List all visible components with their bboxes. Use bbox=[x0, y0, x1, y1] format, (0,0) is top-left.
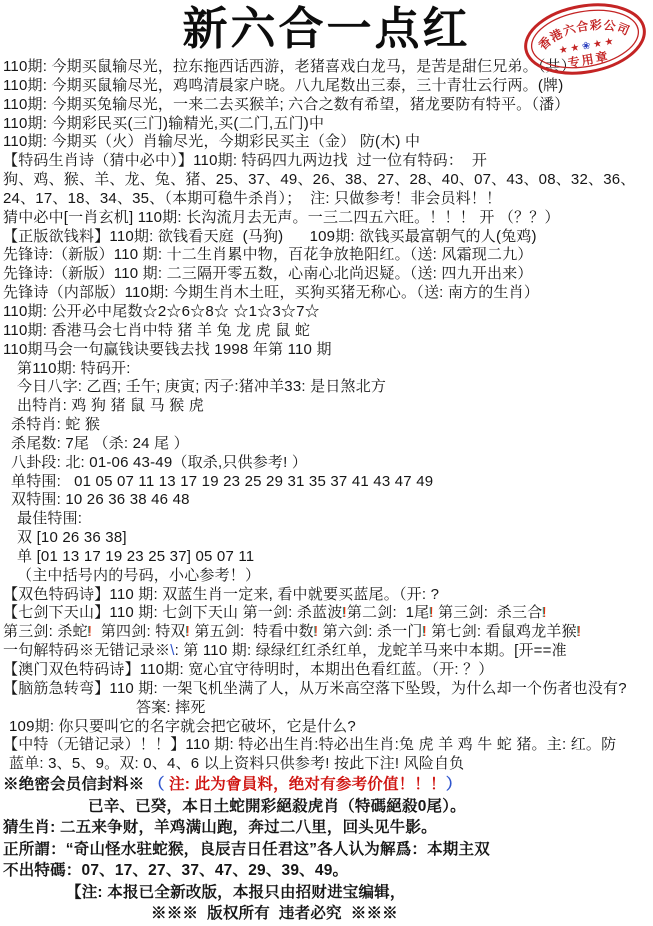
text-segment: 已辛、已癸，本日土蛇開彩絕殺虎肖（特碼絕殺0尾）。 bbox=[88, 798, 466, 815]
text-line: 110期: 今期彩民买(三门)输精光,买(二门,五门)中 bbox=[3, 115, 653, 134]
text-segment: 110期马会一句赢钱诀要钱去找 1998 年第 110 期 bbox=[3, 341, 332, 358]
text-segment: 正所謂：“奇山怪水驻蛇猴，良辰吉日任君这”各人认为解爲：本期主双 bbox=[3, 841, 490, 858]
text-segment: 狗、鸡、猴、羊、龙、兔、猪、25、37、49、26、38、27、28、40、07… bbox=[3, 171, 636, 188]
text-segment: 110期: 香港马会七肖中特 猪 羊 兔 龙 虎 鼠 蛇 bbox=[3, 322, 310, 339]
text-segment: （ bbox=[149, 776, 169, 793]
text-segment: ! bbox=[542, 604, 546, 621]
text-line: 一句解特码※无错记录※\: 第 110 期: 绿绿红红杀红单，龙蛇羊马来中本期。… bbox=[3, 642, 653, 661]
text-line: 先锋诗:（新版）110 期: 二三隔开零五数，心南心北尚迟疑。（送: 四九开出来… bbox=[3, 265, 653, 284]
text-segment: 109期: 你只要叫它的名字就会把它破坏，它是什么? bbox=[9, 718, 356, 735]
text-segment: 第四剑: 特双 bbox=[92, 623, 185, 640]
text-segment: 110期: 公开必中尾数☆2☆6☆8☆ ☆1☆3☆7☆ bbox=[3, 303, 320, 320]
text-segment: 先锋诗:（新版）110 期: 二三隔开零五数，心南心北尚迟疑。（送: 四九开出来… bbox=[3, 265, 533, 282]
text-line: （主中括号内的号码，小心参考！） bbox=[17, 567, 653, 586]
text-line: 110期: 香港马会七肖中特 猪 羊 兔 龙 虎 鼠 蛇 bbox=[3, 322, 653, 341]
text-segment: 单 [01 13 17 19 23 25 37] 05 07 11 bbox=[17, 548, 254, 565]
text-segment: 出特肖: 鸡 狗 猪 鼠 马 猴 虎 bbox=[17, 397, 204, 414]
text-line: 110期: 公开必中尾数☆2☆6☆8☆ ☆1☆3☆7☆ bbox=[3, 303, 653, 322]
text-segment: 【注: 本报已全新改版，本报只由招财进宝编辑， bbox=[66, 884, 406, 901]
text-line: 【双色特码诗】110 期: 双蓝生肖一定来, 看中就要买蓝尾。（开: ? bbox=[3, 586, 653, 605]
text-line: 答案: 摔死 bbox=[136, 699, 653, 718]
text-segment: 【脑筋急转弯】110 期: 一架飞机坐满了人，从万米高空落下坠毁，为什么却一个伤… bbox=[3, 680, 627, 697]
text-segment: 双特围: 10 26 36 38 46 48 bbox=[11, 491, 190, 508]
text-segment: 110期: 今期买鼠输尽光，拉东拖西话西游，老猪喜戏白龙马，是苦是甜仨兄弟。（共… bbox=[3, 58, 576, 75]
text-line: 24、17、18、34、35、（本期可稳牛杀肖）； 注: 只做参考！非会员料！！ bbox=[3, 190, 653, 209]
text-segment: 【澳门双色特码诗】110期: 宽心宜守待明时，本期出色看红蓝。（开: ？） bbox=[3, 661, 494, 678]
text-line: 单特围: 01 05 07 11 13 17 19 23 25 29 31 35… bbox=[11, 473, 653, 492]
text-segment: 先锋诗（内部版）110期: 今期生肖木土旺，买狗买猪无称心。（送: 南方的生肖） bbox=[3, 284, 539, 301]
text-segment: 第五剑: 特看中数 bbox=[190, 623, 314, 640]
text-line: 最佳特围: bbox=[17, 510, 653, 529]
text-line: 109期: 你只要叫它的名字就会把它破坏，它是什么? bbox=[9, 718, 653, 737]
text-line: 双特围: 10 26 36 38 46 48 bbox=[11, 491, 653, 510]
text-line: 猜中必中[一肖玄机] 110期: 长沟流月去无声。一三二四五六旺。！！！ 开 （… bbox=[3, 209, 653, 228]
text-segment: 杀尾数: 7尾 （杀: 24 尾 ） bbox=[11, 435, 189, 452]
text-segment: 【正版欲钱料】110期: 欲钱看天庭 (马狗) 109期: 欲钱买最富朝气的人(… bbox=[3, 228, 537, 245]
text-segment: ※绝密会员信封料※ bbox=[3, 776, 149, 793]
text-line: 正所謂：“奇山怪水驻蛇猴，良辰吉日任君这”各人认为解爲：本期主双 bbox=[3, 839, 653, 861]
text-line: 110期: 今期买兔输尽光，一来二去买猴羊; 六合之数有希望，猪龙要防有特平。（… bbox=[3, 96, 653, 115]
text-line: 【特码生肖诗（猜中必中）】110期: 特码四九两边找 过一位有特码： 开 bbox=[3, 152, 653, 171]
text-segment: 【七剑下天山】110 期: 七剑下天山 第一剑: 杀蓝波 bbox=[3, 604, 343, 621]
text-segment: 第二剑: 1尾 bbox=[347, 604, 429, 621]
text-line: 出特肖: 鸡 狗 猪 鼠 马 猴 虎 bbox=[17, 397, 653, 416]
text-line: 【脑筋急转弯】110 期: 一架飞机坐满了人，从万米高空落下坠毁，为什么却一个伤… bbox=[3, 680, 653, 699]
text-segment: 第三剑: 杀三合 bbox=[434, 604, 543, 621]
text-line: 【正版欲钱料】110期: 欲钱看天庭 (马狗) 109期: 欲钱买最富朝气的人(… bbox=[3, 228, 653, 247]
text-line: ※※※ 版权所有 违者必究 ※※※ bbox=[151, 903, 653, 925]
text-segment: 第110期: 特码开: bbox=[17, 360, 131, 377]
text-segment: 蓝单: 3、5、9。双: 0、4、6 以上资料只供参考! 按此下注! 风险自负 bbox=[9, 755, 464, 772]
text-segment: 不出特碼：07、17、27、37、47、29、39、49。 bbox=[3, 862, 348, 879]
text-segment: ! bbox=[577, 623, 581, 640]
text-segment: 110期: 今期买兔输尽光，一来二去买猴羊; 六合之数有希望，猪龙要防有特平。（… bbox=[3, 96, 570, 113]
text-segment: 猜中必中[一肖玄机] 110期: 长沟流月去无声。一三二四五六旺。！！！ 开 （… bbox=[3, 209, 560, 226]
text-segment: 杀特肖: 蛇 猴 bbox=[11, 416, 100, 433]
text-segment: 最佳特围: bbox=[17, 510, 82, 527]
report-body: 110期: 今期买鼠输尽光，拉东拖西话西游，老猪喜戏白龙马，是苦是甜仨兄弟。（共… bbox=[0, 56, 653, 925]
text-line: 【澳门双色特码诗】110期: 宽心宜守待明时，本期出色看红蓝。（开: ？） bbox=[3, 661, 653, 680]
text-line: ※绝密会员信封料※ （ 注: 此为會員料，绝对有参考价值！！！） bbox=[3, 774, 653, 796]
text-line: 八卦段: 北: 01-06 43-49（取杀,只供参考! ） bbox=[11, 454, 653, 473]
text-segment: 【特码生肖诗（猜中必中）】110期: 特码四九两边找 过一位有特码： 开 bbox=[3, 152, 487, 169]
text-segment: 第七剑: 看鼠鸡龙羊猴 bbox=[427, 623, 577, 640]
text-line: 今日八字: 乙酉; 壬午; 庚寅; 丙子:猪冲羊33: 是日煞北方 bbox=[17, 378, 653, 397]
text-segment: 猜生肖: 二五来争财，羊鸡满山跑，奔过二八里，回头见牛影。 bbox=[3, 819, 437, 836]
stamp-flower-icon: ❀ bbox=[581, 40, 591, 52]
text-segment: 今日八字: 乙酉; 壬午; 庚寅; 丙子:猪冲羊33: 是日煞北方 bbox=[17, 378, 386, 395]
text-line: 杀特肖: 蛇 猴 bbox=[11, 416, 653, 435]
text-segment: 110期: 今期买（火）肖输尽光，今期彩民买主（金） 防(木) 中 bbox=[3, 133, 420, 150]
text-segment: 八卦段: 北: 01-06 43-49（取杀,只供参考! ） bbox=[11, 454, 307, 471]
text-line: 已辛、已癸，本日土蛇開彩絕殺虎肖（特碼絕殺0尾）。 bbox=[88, 796, 653, 818]
text-line: 猜生肖: 二五来争财，羊鸡满山跑，奔过二八里，回头见牛影。 bbox=[3, 817, 653, 839]
text-segment: （主中括号内的号码，小心参考！） bbox=[17, 567, 260, 584]
text-line: 狗、鸡、猴、羊、龙、兔、猪、25、37、49、26、38、27、28、40、07… bbox=[3, 171, 653, 190]
text-segment: 24、17、18、34、35、（本期可稳牛杀肖）； 注: 只做参考！非会员料！！ bbox=[3, 190, 501, 207]
text-line: 不出特碼：07、17、27、37、47、29、39、49。 bbox=[3, 860, 653, 882]
lottery-tip-sheet: 新六合一点红 香港六合彩公司 ★ ★ ❀ ★ ★ 专用章 110期: 今期买鼠输… bbox=[0, 0, 653, 926]
text-line: 第110期: 特码开: bbox=[17, 360, 653, 379]
text-line: 【七剑下天山】110 期: 七剑下天山 第一剑: 杀蓝波!第二剑: 1尾! 第三… bbox=[3, 604, 653, 623]
text-line: 单 [01 13 17 19 23 25 37] 05 07 11 bbox=[17, 548, 653, 567]
text-segment: 110期: 今期彩民买(三门)输精光,买(二门,五门)中 bbox=[3, 115, 324, 132]
text-segment: 双 [10 26 36 38] bbox=[17, 529, 127, 546]
text-segment: ） bbox=[446, 776, 462, 793]
text-line: 杀尾数: 7尾 （杀: 24 尾 ） bbox=[11, 435, 653, 454]
text-segment: ※※※ 版权所有 违者必究 ※※※ bbox=[151, 905, 398, 922]
text-segment: 第三剑: 杀蛇 bbox=[3, 623, 88, 640]
text-line: 110期: 今期买（火）肖输尽光，今期彩民买主（金） 防(木) 中 bbox=[3, 133, 653, 152]
text-segment: 110期: 今期买鼠输尽光，鸡鸣清晨家户晓。八九尾数出三泰，三十青壮云行两。(牌… bbox=[3, 77, 563, 94]
text-segment: 一句解特码※无错记录※ bbox=[3, 642, 170, 659]
stamp-stars-right-icon: ★ ★ bbox=[592, 36, 614, 50]
text-line: 【中特（无错记录）！！】110 期: 特必出生肖:特必出生肖:兔 虎 羊 鸡 牛… bbox=[3, 736, 653, 755]
text-segment: 第六剑: 杀一门 bbox=[318, 623, 422, 640]
text-line: 第三剑: 杀蛇! 第四剑: 特双! 第五剑: 特看中数! 第六剑: 杀一门! 第… bbox=[3, 623, 653, 642]
text-line: 先锋诗（内部版）110期: 今期生肖木土旺，买狗买猪无称心。（送: 南方的生肖） bbox=[3, 284, 653, 303]
text-segment: 单特围: 01 05 07 11 13 17 19 23 25 29 31 35… bbox=[11, 473, 433, 490]
text-line: 蓝单: 3、5、9。双: 0、4、6 以上资料只供参考! 按此下注! 风险自负 bbox=[9, 755, 653, 774]
text-line: 110期马会一句赢钱诀要钱去找 1998 年第 110 期 bbox=[3, 341, 653, 360]
text-segment: 注: 此为會員料，绝对有参考价值！！！ bbox=[169, 776, 446, 793]
text-segment: 【双色特码诗】110 期: 双蓝生肖一定来, 看中就要买蓝尾。（开: ? bbox=[3, 586, 439, 603]
text-segment: 【中特（无错记录）！！】110 期: 特必出生肖:特必出生肖:兔 虎 羊 鸡 牛… bbox=[3, 736, 616, 753]
text-line: 【注: 本报已全新改版，本报只由招财进宝编辑， bbox=[66, 882, 653, 904]
text-segment: 答案: 摔死 bbox=[136, 699, 206, 716]
text-segment: 先锋诗:（新版）110 期: 十二生肖累中物，百花争放艳阳红。（送: 风霜现二九… bbox=[3, 246, 533, 263]
text-line: 先锋诗:（新版）110 期: 十二生肖累中物，百花争放艳阳红。（送: 风霜现二九… bbox=[3, 246, 653, 265]
text-line: 双 [10 26 36 38] bbox=[17, 529, 653, 548]
text-segment: : 第 110 期: 绿绿红红杀红单，龙蛇羊马来中本期。[开==准 bbox=[175, 642, 567, 659]
